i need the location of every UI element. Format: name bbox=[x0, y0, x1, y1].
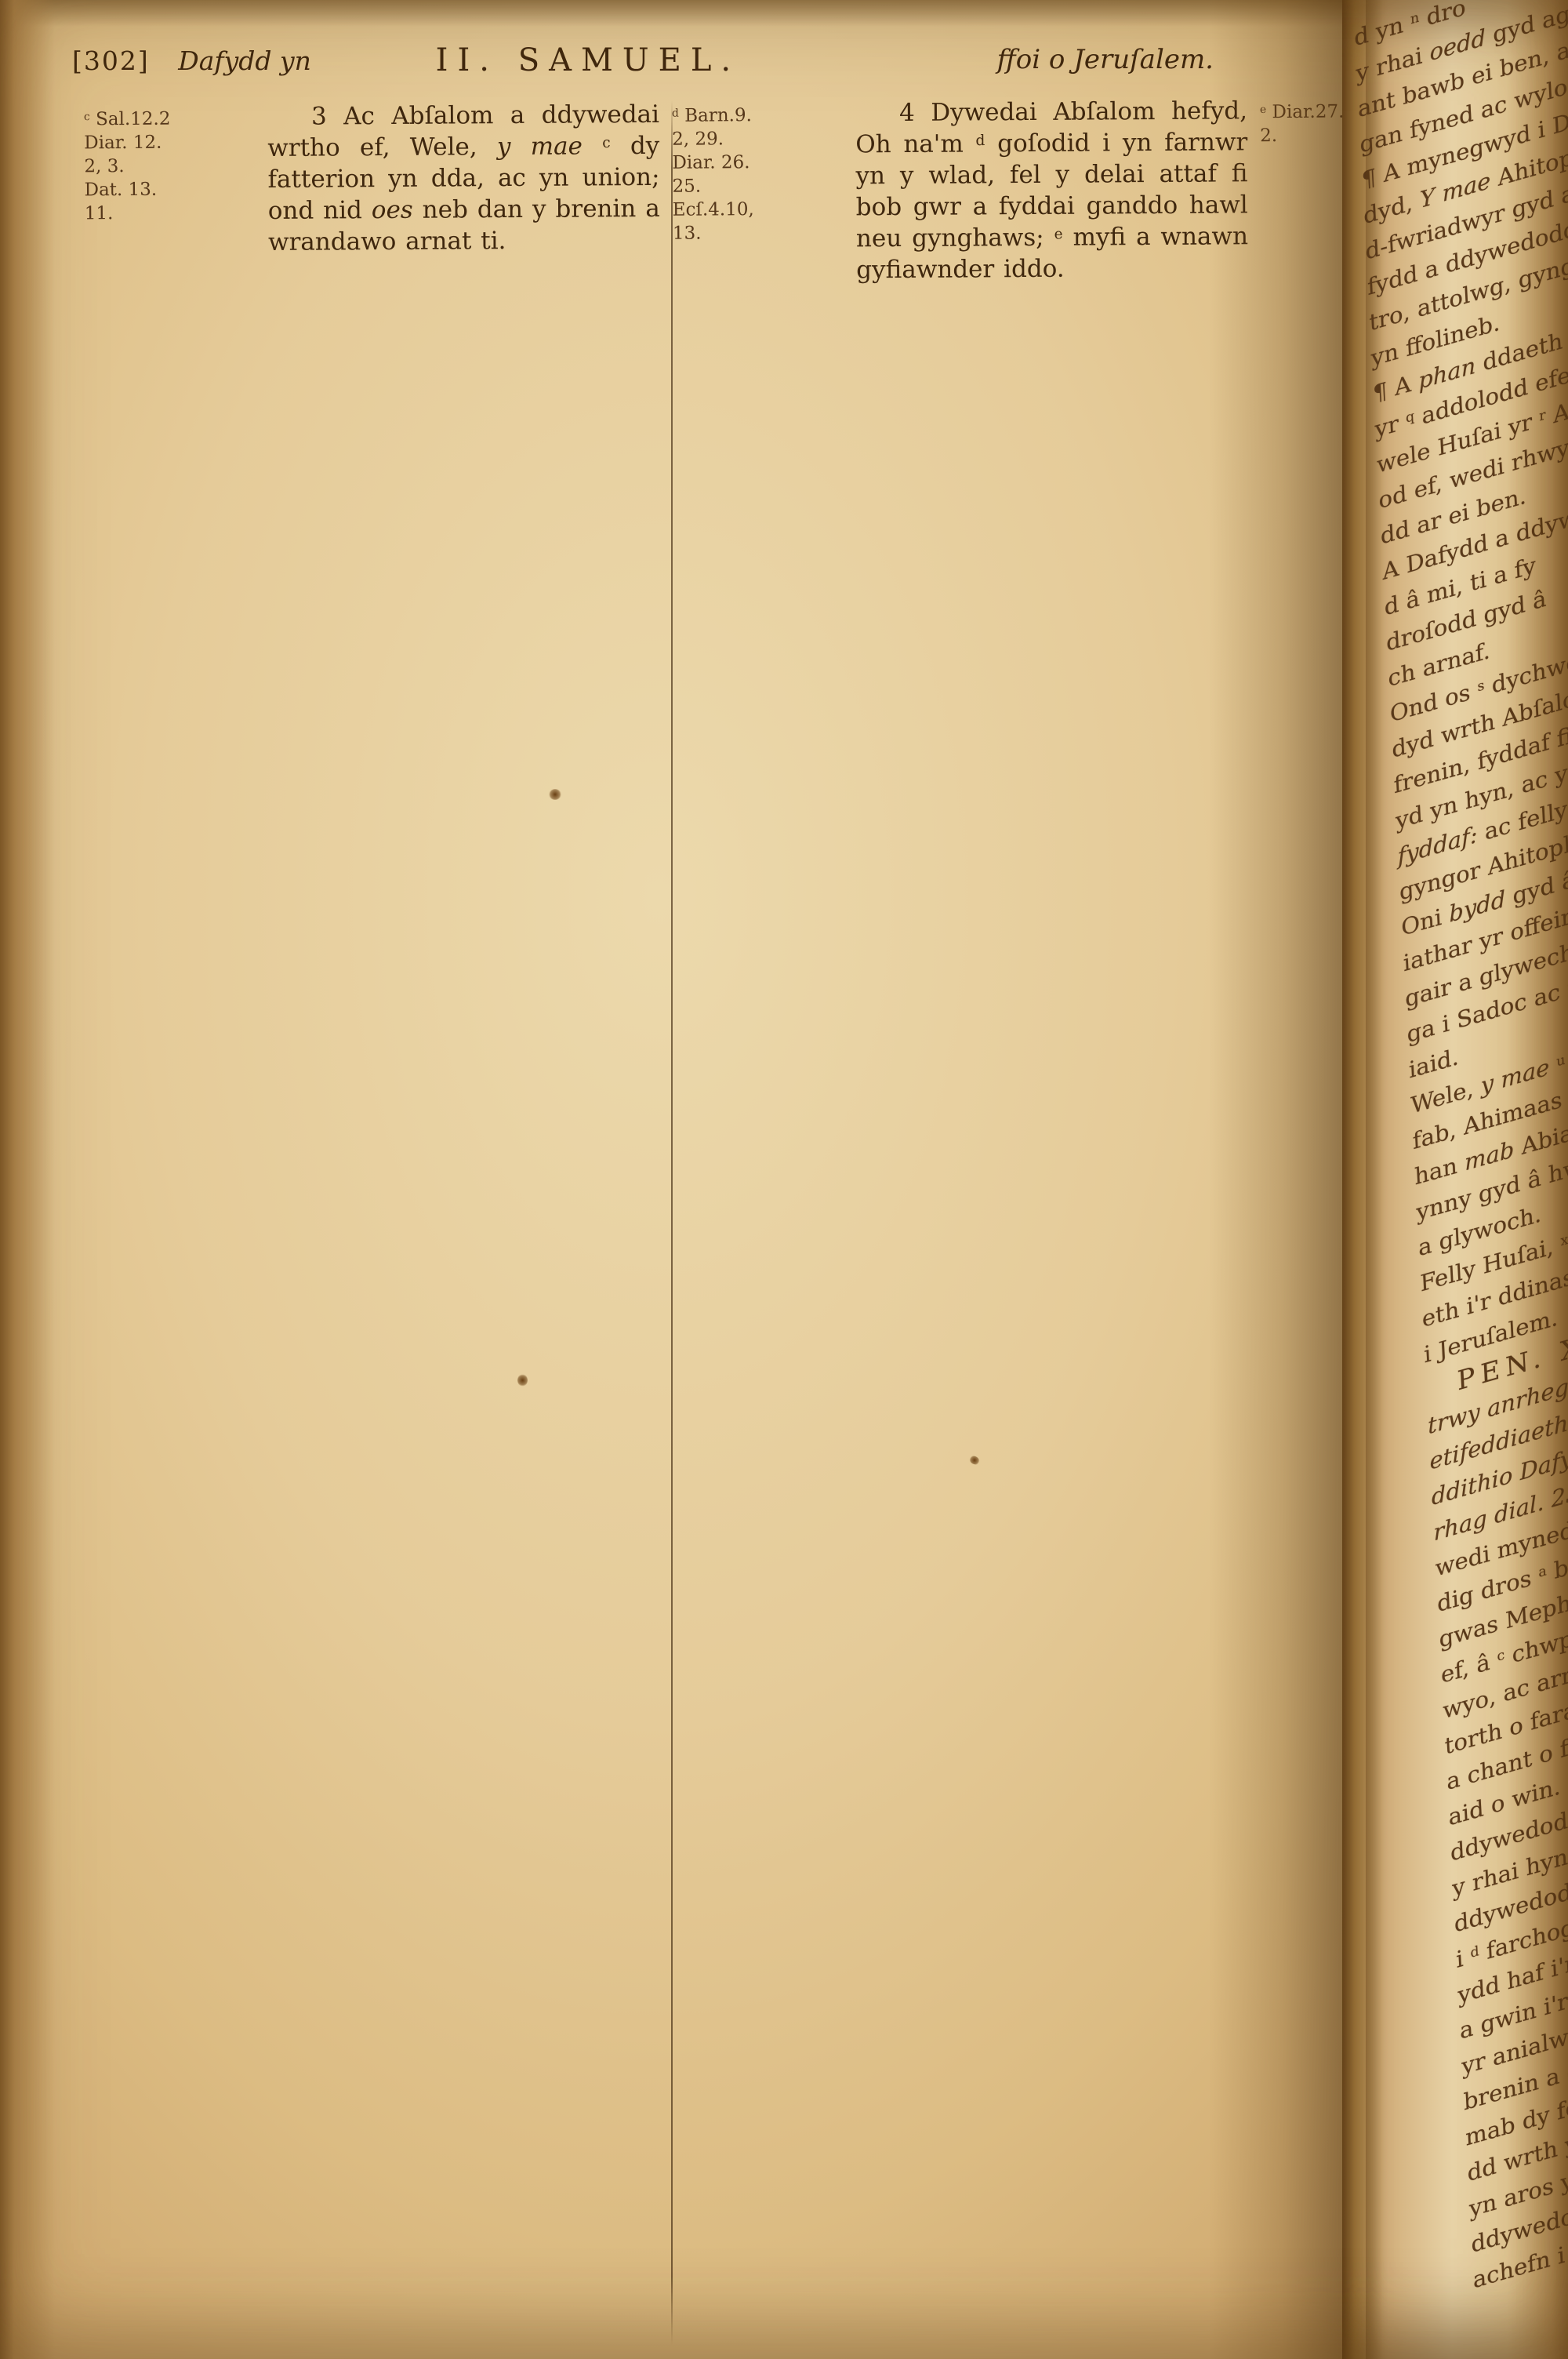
verse-row: c Sal.12.2Diar. 12.2, 3.Dat. 13.11.3 Ac … bbox=[71, 99, 660, 260]
margin-note: Diar. 12. bbox=[84, 130, 260, 154]
next-page-fragment: fydd a ddywedodd, O Ar bbox=[1367, 88, 1568, 305]
next-page-fragment: od ef, wedi rhwygo ei bais bbox=[1377, 301, 1568, 518]
next-page-fragment: mab dy feiſtr? A Siba a bbox=[1465, 1939, 1568, 2156]
next-page-fragment: ¶ A mynegwyd i Dafydd, g bbox=[1361, 0, 1568, 198]
margin-notes: d Barn.9.2, 29.Diar. 26.25.Ecſ.4.10,13. bbox=[659, 97, 856, 287]
next-page-fragment: i Jeruſalem. bbox=[1423, 1155, 1568, 1372]
next-page-fragment: Ond os s dychweli i'r ddin bbox=[1389, 514, 1568, 732]
next-page-fragment: brenin a ddywedodd, A ph bbox=[1463, 1903, 1568, 2120]
next-page-fragment: a glywoch. bbox=[1417, 1049, 1568, 1266]
next-page-fragment: ddywedodd y brenin wrth Sib bbox=[1450, 1653, 1568, 1870]
book-title: II. SAMUEL. bbox=[436, 42, 740, 78]
next-page-fragment: rhag dial. 23 Cyngor Ahitoph bbox=[1432, 1333, 1568, 1550]
next-page-fragment: ynny gyd â hwynt attaf fi b bbox=[1415, 1013, 1568, 1230]
next-page-fragment: ¶ A phan ddaeth Dafydd bbox=[1372, 194, 1568, 412]
next-page-fragment: dd ar ei ben. bbox=[1380, 336, 1568, 554]
margin-note: d Barn.9. bbox=[672, 103, 848, 127]
next-page-fragment: gwas Mephiboſeth yn ei gy bbox=[1438, 1440, 1568, 1657]
next-page-fragment: aid o win. bbox=[1447, 1618, 1568, 1835]
next-page-fragment: wele Huſai yr r Arciad yn bbox=[1376, 266, 1568, 483]
next-page-fragment: etifeddiaeth ei feiſtr. 5 Sim bbox=[1428, 1262, 1568, 1479]
next-page-fragment: iaid. bbox=[1408, 871, 1568, 1088]
running-head-left: Dafydd yn bbox=[178, 45, 311, 76]
page-content: c Sal.12.2Diar. 12.2, 3.Dat. 13.11.3 Ac … bbox=[71, 96, 1219, 385]
next-page-fragment: A Dafydd a ddywedodd wrth bbox=[1381, 373, 1568, 590]
ink-blot bbox=[549, 789, 561, 800]
next-page-fragment: yr q addolodd efe Dd bbox=[1374, 230, 1568, 447]
next-page-fragment: ef, â c chwpl o aſynod we bbox=[1440, 1476, 1568, 1693]
next-page-fragment: torth o fara, a chan ſw bbox=[1444, 1547, 1568, 1764]
running-head-right: ffoi o Jeruſalem. bbox=[997, 44, 1214, 75]
next-page-fragment: a chant o ffrwythydd ha bbox=[1446, 1583, 1568, 1800]
page-header: [302] Dafydd yn II. SAMUEL. ffoi o Jeruſ… bbox=[72, 42, 1218, 89]
margin-note: Dat. 13. bbox=[85, 177, 260, 202]
next-page-edge: d yn n droy rhai oedd gyd ag ei,ant bawb… bbox=[1342, 0, 1568, 2359]
next-page-fragment: y rhai hyn ſydd gennyt? A bbox=[1451, 1689, 1568, 1906]
next-page-fragment: dig dros a ben y bryn, wele bbox=[1436, 1405, 1568, 1622]
ink-blot bbox=[517, 1374, 528, 1387]
margin-note: 11. bbox=[85, 201, 260, 225]
next-page-fragment: Felly Huſai, x cyfaill Dafyd bbox=[1419, 1084, 1568, 1301]
next-page-fragment: a gwin i'r lluddedig i'w bbox=[1459, 1831, 1568, 2048]
next-page-fragment: wedi myned o Ddafydd ych bbox=[1435, 1369, 1568, 1586]
next-page-fragment: ant bawb ei ben, ac a aeth bbox=[1357, 0, 1568, 127]
next-page-fragment: d â mi, ti a fy bbox=[1384, 408, 1568, 625]
header-left-group: [302] Dafydd yn bbox=[72, 45, 311, 76]
next-page-fragment: ddywedodd, Aſynod i dylwyt bbox=[1454, 1725, 1568, 1942]
next-page-fragment: gyngor Ahitophel. bbox=[1399, 692, 1568, 910]
next-page-fragment: PEN. XVI. bbox=[1425, 1191, 1568, 1408]
next-page-fragment: ddywedodd, Tŷ Iſrael a bbox=[1470, 2045, 1568, 2263]
next-page-fragment: gair a glywech, o dŷ'r breni bbox=[1404, 799, 1568, 1016]
book-page-scan: [302] Dafydd yn II. SAMUEL. ffoi o Jeruſ… bbox=[0, 0, 1568, 2359]
page-number: [302] bbox=[72, 45, 150, 76]
next-page-fragment: yd yn hyn, ac yn awr dy w bbox=[1395, 621, 1568, 838]
next-page-fragment: trwy anrhegion a chelwydda bbox=[1427, 1227, 1568, 1444]
margin-note: 25. bbox=[672, 173, 848, 198]
next-page-fragment: dyd wrth Abſalom, Dy w bbox=[1391, 551, 1568, 768]
margin-note: 2, 29. bbox=[672, 126, 848, 151]
margin-note: 2, 3. bbox=[84, 154, 260, 178]
next-page-fragment: frenin, fyddaf fi; gwas dy d bbox=[1393, 586, 1568, 803]
next-page-fragment: ch arnaf. bbox=[1387, 479, 1568, 696]
next-page-fragment: eth i'r ddinas; ac Abſalom bbox=[1421, 1120, 1568, 1337]
next-page-fragment: Wele, y mae u yno gyd â hwy bbox=[1410, 906, 1568, 1123]
next-page-fragment: han mab Abiathar: danfonw bbox=[1414, 977, 1568, 1194]
next-page-fragment: gan fyned ac wylo. bbox=[1359, 0, 1568, 163]
next-page-fragment: i d farchogaeth, a bara bbox=[1455, 1761, 1568, 1978]
next-page-fragment: yr anialwch, ydynt hwy bbox=[1461, 1867, 1568, 2085]
margin-notes: c Sal.12.2Diar. 12.2, 3.Dat. 13.11. bbox=[71, 101, 268, 260]
next-page-fragment: tro, attolwg, gyngor A bbox=[1368, 123, 1568, 340]
ink-blot bbox=[967, 1454, 981, 1467]
next-page-fragment: wyo, ac arnynt hwy yr oe bbox=[1442, 1511, 1568, 1728]
next-page-fragment: yn ffolineb. bbox=[1370, 158, 1568, 376]
margin-note: Diar. 26. bbox=[672, 150, 848, 174]
next-page-fragment: ga i Sadoc ac i Abiathar bbox=[1406, 835, 1568, 1052]
margin-note: 13. bbox=[673, 220, 848, 245]
next-page-fragment: Oni bydd gyd â thi yno Sad bbox=[1400, 729, 1568, 946]
next-page-fragment: ddithio Dafydd. 9 Dafydd bbox=[1431, 1298, 1568, 1515]
next-page-fragment: d yn n dro bbox=[1353, 0, 1568, 56]
page-left-edge bbox=[0, 0, 55, 2359]
next-page-fragment: d-fwriadwyr gyd ag Abſalo bbox=[1364, 52, 1568, 269]
verse-row: d Barn.9.2, 29.Diar. 26.25.Ecſ.4.10,13.4… bbox=[659, 95, 1248, 287]
next-page-fragment: ydd haf i'r llangciau i'w bbox=[1457, 1796, 1568, 2013]
next-page-fragment: fab, Ahimaas mab Sadoc, bbox=[1412, 942, 1568, 1159]
next-page-fragment: droſodd gyd â bbox=[1385, 444, 1568, 661]
verse-text: 3 Ac Abſalom a ddywedai wrtho ef, Wele, … bbox=[267, 99, 660, 258]
next-page-fragment: fyddaf: ac felly y diddym bbox=[1396, 657, 1568, 874]
next-page-text: d yn n droy rhai oedd gyd ag ei,ant bawb… bbox=[1353, 0, 1568, 2298]
page-top-shadow bbox=[0, 0, 1568, 27]
column-divider-rule bbox=[671, 100, 673, 2345]
next-page-fragment: iathar yr offeiriaid? am hyn bbox=[1403, 764, 1568, 981]
next-page-fragment: y rhai oedd gyd ag ei, bbox=[1355, 0, 1568, 92]
next-page-fragment: yn aros yn Jeruſalem: can bbox=[1468, 2009, 1568, 2226]
margin-note: Ecſ.4.10, bbox=[673, 197, 848, 221]
verse-text: 4 Dywedai Abſalom hefyd, Oh na'm d goſod… bbox=[855, 95, 1248, 285]
next-page-fragment: dd wrth y brenin, Wele, y bbox=[1466, 1974, 1568, 2191]
next-page-fragment: dyd, Y mae Ahitophel ym bbox=[1363, 16, 1568, 234]
next-page-fragment: achefn i mi bbox=[1472, 2081, 1568, 2298]
margin-note: c Sal.12.2 bbox=[84, 107, 260, 131]
